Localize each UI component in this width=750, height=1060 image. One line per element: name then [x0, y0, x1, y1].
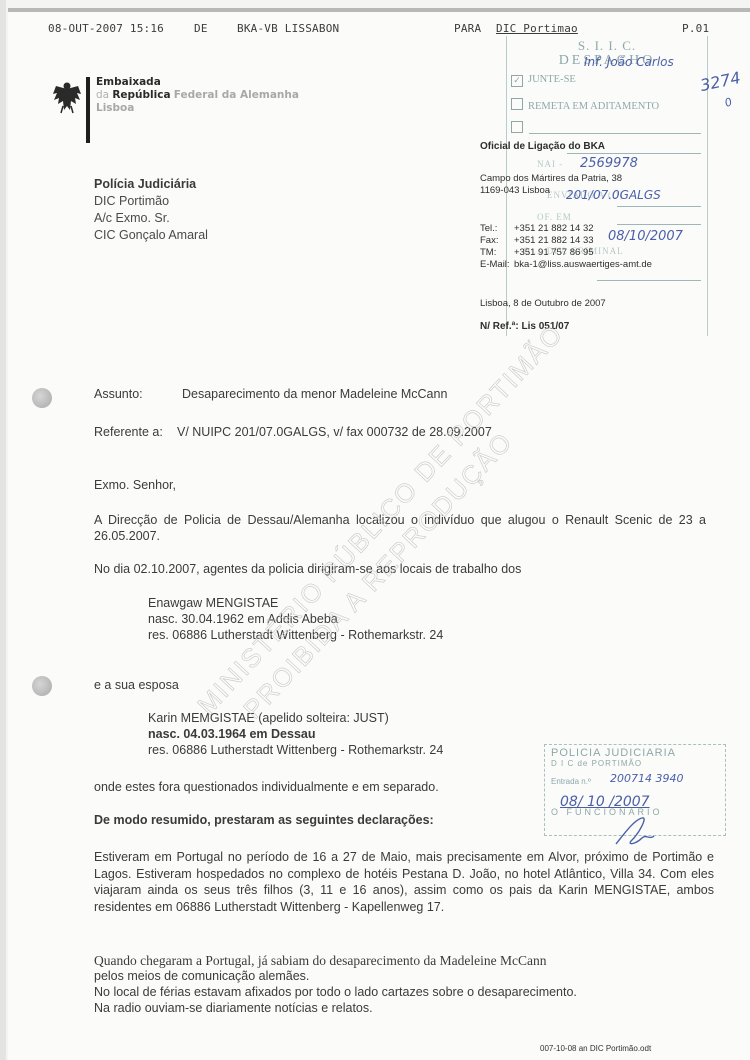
- paragraph-3: onde estes fora questionados individualm…: [94, 780, 439, 794]
- sender-email: E-Mail:bka-1@liss.auswaertiges-amt.de: [480, 259, 652, 270]
- sender-address1: Campo dos Mártires da Patria, 38: [480, 173, 622, 184]
- our-reference: N/ Ref.ª: Lis 051/07: [480, 321, 569, 332]
- checkbox-empty-icon: [511, 98, 523, 110]
- scan-edge: [0, 0, 6, 1060]
- recipient-block: Polícia Judiciária DIC Portimão A/c Exmo…: [94, 176, 208, 244]
- stamp-option-junte: ✓JUNTE-SE: [511, 74, 576, 87]
- letterhead-rest: Federal da Alemanha: [174, 89, 299, 101]
- connector-text: e a sua esposa: [94, 678, 179, 692]
- fax-datetime: 08-OUT-2007 15:16: [48, 22, 164, 35]
- entry-stamp-title: POLICIA JUDICIARIA: [551, 747, 676, 759]
- paragraph-4: De modo resumido, prestaram as seguintes…: [94, 813, 434, 827]
- stamp-title-siic: S. I. I. C.: [507, 38, 707, 54]
- reference-text: V/ NUIPC 201/07.0GALGS, v/ fax 000732 de…: [177, 425, 492, 439]
- salutation: Exmo. Senhor,: [94, 478, 176, 492]
- paragraph-6-line2: pelos meios de comunicação alemães.: [94, 969, 309, 983]
- fax-from: BKA-VB LISSABON: [237, 22, 339, 35]
- person1-residence: res. 06886 Lutherstadt Wittenberg - Roth…: [148, 628, 443, 642]
- person1-name: Enawgaw MENGISTAE: [148, 596, 278, 610]
- recipient-line: CIC Gonçalo Amaral: [94, 227, 208, 244]
- paragraph-6-line1: Quando chegaram a Portugal, já sabiam do…: [94, 953, 546, 969]
- fax-to: DIC Portimao: [496, 22, 578, 35]
- reference-label: Referente a:: [94, 425, 163, 439]
- sender-title: Oficial de Ligação do BKA: [480, 141, 605, 152]
- fax-page-number: P.01: [682, 22, 709, 35]
- handwritten-inf: Inf. João Carlos: [584, 55, 674, 69]
- subject-label: Assunto:: [94, 387, 143, 401]
- stamp-label-of-em: OF. EM: [537, 212, 572, 222]
- paragraph-6-line3: No local de férias estavam afixados por …: [94, 985, 577, 999]
- letterhead-line1: Embaixada: [96, 76, 299, 89]
- letterhead-bar: [86, 77, 90, 143]
- stamp-line: [617, 206, 701, 207]
- person2-birth: nasc. 04.03.1964 em Dessau: [148, 727, 315, 741]
- person1-birth: nasc. 30.04.1962 em Addis Abeba: [148, 612, 338, 626]
- stamp-line: [617, 224, 701, 225]
- checkbox-empty-icon: [511, 121, 523, 133]
- punch-hole-icon: [32, 676, 52, 696]
- sender-tel: Tel.:+351 21 882 14 32: [480, 223, 594, 234]
- entry-stamp-subtitle: D I C de PORTIMÃO: [551, 759, 642, 768]
- paragraph-2: No dia 02.10.2007, agentes da policia di…: [94, 562, 521, 576]
- person2-residence: res. 06886 Lutherstadt Wittenberg - Roth…: [148, 743, 443, 757]
- handwritten-date: 08/10/2007: [608, 229, 683, 244]
- fax-from-label: DE: [194, 22, 208, 35]
- letter-date: Lisboa, 8 de Outubro de 2007: [480, 298, 606, 309]
- paragraph-5: Estiveram em Portugal no período de 16 a…: [94, 849, 714, 915]
- handwritten-nai: 2569978: [580, 156, 638, 171]
- stamp-option-blank: [511, 121, 528, 135]
- handwritten-entry-number: 200714 3940: [610, 772, 683, 785]
- stamp-blank-line: [529, 133, 701, 134]
- recipient-line: Polícia Judiciária: [94, 176, 208, 193]
- federal-eagle-icon: [52, 80, 82, 114]
- fax-to-label: PARA: [454, 22, 481, 35]
- paragraph-1: A Direcção de Policia de Dessau/Alemanha…: [94, 512, 706, 544]
- signature-icon: [612, 814, 656, 850]
- handwritten-entry-date: 08/ 10 /2007: [560, 794, 650, 810]
- punch-hole-icon: [32, 388, 52, 408]
- sender-address2: 1169-043 Lisboa: [480, 185, 550, 196]
- stamp-label-nai: NAI -: [537, 159, 563, 169]
- sender-fax: Fax:+351 21 882 14 33: [480, 235, 594, 246]
- letterhead: Embaixada da República Federal da Aleman…: [96, 76, 299, 115]
- entry-stamp-label: Entrada n.º: [551, 777, 591, 786]
- handwritten-process: 201/07.0GALGS: [566, 188, 661, 202]
- stamp-option-remeta: REMETA EM ADITAMENTO: [511, 98, 659, 112]
- recipient-line: A/c Exmo. Sr.: [94, 210, 208, 227]
- paragraph-6-line4: Na radio ouviam-se diariamente notícias …: [94, 1001, 373, 1015]
- footer-filename: 007-10-08 an DIC Portimão.odt: [540, 1044, 651, 1053]
- letterhead-city: Lisboa: [96, 102, 299, 115]
- letterhead-prefix: da: [96, 89, 109, 101]
- stamp-line: [597, 280, 701, 281]
- stamp-line: [567, 153, 701, 154]
- sender-mobile: TM:+351 91 757 86 95: [480, 247, 594, 258]
- person2-name: Karin MEMGISTAE (apelido solteira: JUST): [148, 711, 389, 725]
- subject-text: Desaparecimento da menor Madeleine McCan…: [182, 387, 447, 401]
- recipient-line: DIC Portimão: [94, 193, 208, 210]
- checkbox-checked-icon: ✓: [511, 75, 523, 87]
- letterhead-republica: República: [112, 89, 170, 101]
